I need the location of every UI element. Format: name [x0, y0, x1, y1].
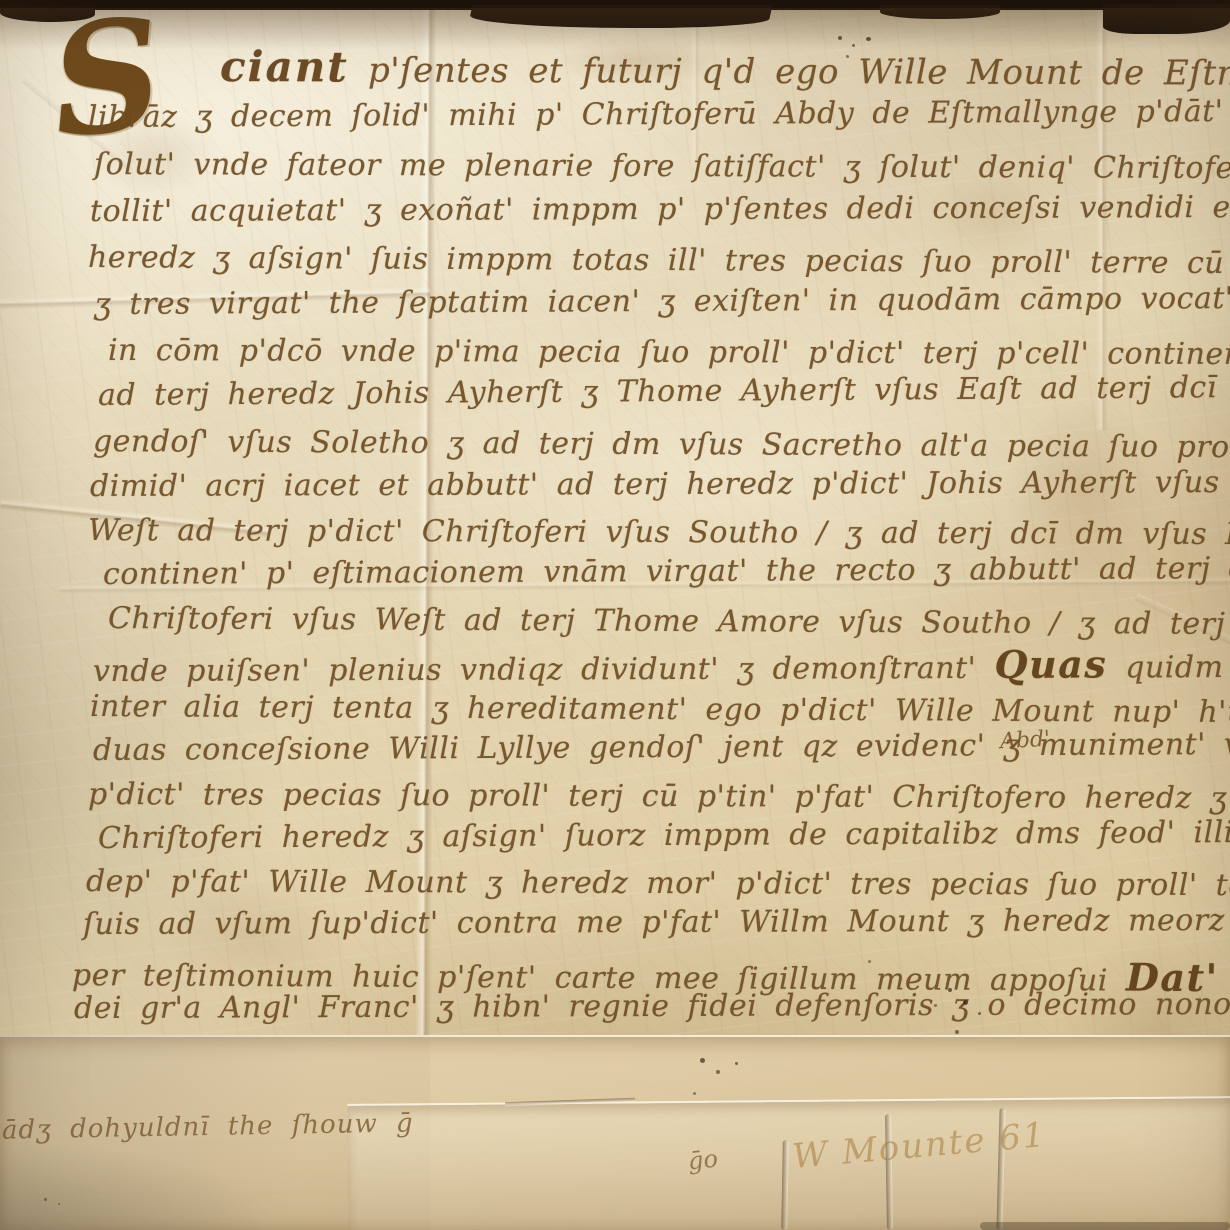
parchment-photo: S ciant p'ſentes et futurj q'd ego Wille…	[0, 0, 1230, 1230]
photo-vignette	[0, 0, 1230, 1230]
